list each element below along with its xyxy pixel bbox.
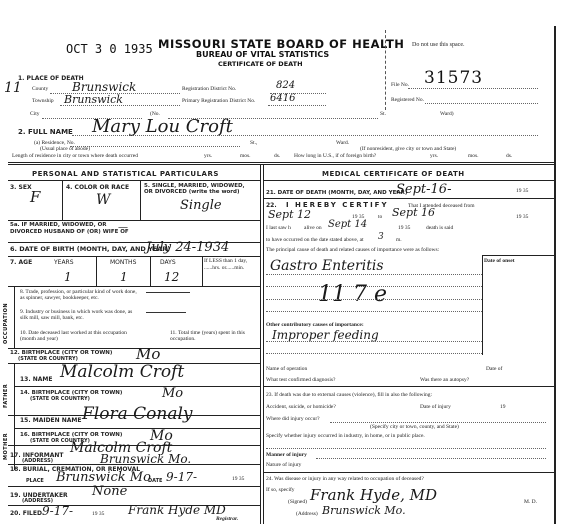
birthplace-value: Mo [136, 345, 160, 363]
registrar-signature: Frank Hyde MD [128, 503, 226, 517]
spouse-label: 5a. IF MARRIED, WIDOWED, OR DIVORCED HUS… [10, 222, 130, 235]
md-label: M. D. [524, 499, 537, 505]
age-label: 7. AGE [10, 259, 32, 266]
father-birthplace-value: Mo [162, 386, 183, 401]
usual-place-note: (Usual place of abode) [40, 146, 90, 152]
mother-side-label: MOTHER [3, 433, 9, 460]
marital-value: Single [180, 198, 222, 213]
occurred-time-value: 3 [378, 232, 384, 242]
section-rule [8, 162, 554, 163]
injury-where-label: Where did injury occur? [266, 416, 320, 422]
form-subtitle: BUREAU OF VITAL STATISTICS [196, 50, 329, 59]
length-residence-label: Length of residence in city or town wher… [12, 153, 138, 159]
race-value: W [96, 192, 110, 208]
onset-label: Date of onset [484, 258, 515, 264]
undertaker-value: None [92, 484, 127, 499]
sex-label: 3. SEX [10, 184, 32, 191]
file-number: 31573 [424, 68, 483, 88]
residence-st-label: St., [250, 140, 257, 146]
signed-label: (Signed) [288, 499, 307, 505]
last-saw-value: Sept 14 [328, 219, 367, 230]
us-mos-label: mos. [468, 153, 479, 159]
father-birthplace-sub: (STATE OR COUNTRY) [30, 396, 90, 402]
burial-place-label: PLACE [26, 478, 44, 484]
total-time-label: 11. Total time (years) spent in this occ… [170, 330, 250, 342]
to-label: to [378, 214, 382, 220]
physician-address-value: Brunswick Mo. [322, 504, 406, 517]
physician-signature: Frank Hyde, MD [310, 486, 437, 504]
full-name-value: Mary Lou Croft [92, 116, 233, 137]
months-label: MONTHS [110, 259, 136, 266]
township-value: Brunswick [64, 93, 123, 106]
last-worked-label: 10. Date deceased last worked at this oc… [20, 330, 130, 342]
father-name-label: 13. NAME [20, 376, 52, 383]
trade-label: 8. Trade, profession, or particular kind… [20, 289, 140, 301]
last-saw-year: 19 35 [398, 225, 410, 231]
page-edge-right [554, 26, 556, 524]
reg-district-value: 824 [276, 80, 295, 91]
office-use-note: Do not use this space. [412, 42, 465, 48]
death-said-label: death is said [426, 225, 453, 231]
county-value: Brunswick [72, 80, 136, 94]
burial-year: 19 35 [232, 476, 244, 482]
manner-label: Manner of injury [266, 452, 307, 458]
physician-address-label: (Address) [296, 511, 318, 517]
registered-no-label: Registered No. [391, 97, 424, 103]
occupation-related-label: 24. Was disease or injury in any way rel… [266, 476, 424, 482]
us-residence-label: How long in U.S., if of foreign birth? [294, 153, 376, 159]
burial-place-value: Brunswick Mo [56, 470, 151, 485]
injury-date-label: Date of injury [420, 404, 451, 410]
received-date-stamp: OCT 3 0 1935 [66, 42, 153, 56]
medical-section-title: MEDICAL CERTIFICATE OF DEATH [322, 170, 465, 178]
operation-label: Name of operation [266, 366, 307, 372]
dob-value: July 24-1934 [146, 240, 229, 255]
specify-place-note: (Specify city or town, county, and State… [370, 424, 459, 430]
county-label: County [32, 86, 48, 92]
residence-ward-label: Ward. [336, 140, 349, 146]
injury-year-prefix: 19 [500, 404, 506, 410]
column-divider [260, 164, 261, 524]
alive-on-label: alive on [304, 225, 322, 231]
attended-from-value: Sept 12 [268, 208, 311, 221]
mother-name-value: Flora Conaly [82, 404, 193, 424]
years-label: YEARS [54, 259, 74, 266]
race-label: 4. COLOR OR RACE [66, 184, 129, 191]
specify-injury-label: Specify whether injury occurred in indus… [266, 433, 425, 439]
cause-code-value: 11 7 e [318, 282, 387, 307]
contributory-value: Improper feeding [272, 328, 379, 342]
operation-date-label: Date of [486, 366, 502, 372]
if-so-label: If so, specify [266, 487, 295, 493]
yrs-label: yrs. [204, 153, 212, 159]
marital-label: 5. SINGLE, MARRIED, WIDOWED, OR DIVORCED… [144, 183, 254, 195]
industry-label: 9. Industry or business in which work wa… [20, 309, 140, 321]
township-label: Township [32, 98, 54, 104]
days-value: 12 [164, 270, 179, 284]
filed-year: 19 35 [92, 511, 104, 517]
days-label: DAYS [160, 259, 176, 266]
external-causes-label: 23. If death was due to external causes … [266, 392, 432, 398]
accident-label: Accident, suicide, or homicide? [266, 404, 336, 410]
header-divider [385, 30, 386, 110]
attended-to-value: Sept 16 [392, 206, 435, 219]
file-no-label: File No. [391, 82, 409, 88]
form-title: MISSOURI STATE BOARD OF HEALTH [158, 37, 404, 51]
spouse-value: — [118, 222, 128, 233]
date-of-death-label: 21. DATE OF DEATH (MONTH, DAY, AND YEAR) [266, 190, 407, 196]
nature-label: Nature of injury [266, 462, 301, 468]
filed-date-value: 9-17- [42, 504, 73, 518]
reg-district-label: Registration District No. [182, 86, 236, 92]
nonresident-note: (If nonresident, give city or town and S… [360, 146, 456, 152]
date-of-death-year: 19 35 [516, 188, 528, 194]
attended-to-year: 19 35 [516, 214, 528, 220]
form-name: CERTIFICATE OF DEATH [218, 60, 303, 68]
full-name-label: 2. FULL NAME [18, 128, 73, 136]
city-label: City [30, 111, 39, 117]
mother-name-label: 15. MAIDEN NAME [20, 417, 82, 424]
registrar-label: Registrar. [216, 516, 238, 522]
burial-date-label: DATE [148, 478, 162, 484]
primary-reg-value: 6416 [270, 93, 295, 104]
filed-label: 20. FILED [10, 510, 42, 517]
mos-label: mos. [240, 153, 251, 159]
months-value: 1 [120, 270, 128, 284]
principal-cause-label: The principal cause of death and related… [266, 247, 439, 253]
personal-section-title: PERSONAL AND STATISTICAL PARTICULARS [32, 170, 219, 178]
diagnosis-label: What test confirmed diagnosis? [266, 377, 336, 383]
us-yrs-label: yrs. [430, 153, 438, 159]
st-label: St. [380, 111, 386, 117]
us-ds-label: ds. [506, 153, 512, 159]
father-side-label: FATHER [3, 384, 9, 408]
ward-label: Ward) [440, 111, 454, 117]
primary-reg-label: Primary Registration District No. [182, 98, 255, 104]
occupation-side-label: OCCUPATION [3, 303, 9, 344]
margin-mark: 11 [4, 80, 22, 96]
ds-label: ds. [274, 153, 280, 159]
m-label: m. [396, 237, 402, 243]
years-value: 1 [64, 270, 72, 284]
last-saw-label: I last saw h [266, 225, 291, 231]
autopsy-label: Was there an autopsy? [420, 377, 469, 383]
cause-primary-value: Gastro Enteritis [270, 258, 384, 274]
father-name-value: Malcolm Croft [60, 362, 184, 382]
occurred-label: to have occurred on the date stated abov… [266, 237, 364, 243]
date-of-death-value: Sept-16- [396, 182, 451, 197]
sex-value: F [30, 188, 40, 206]
less-than-day-label: If LESS than 1 day, ......hrs. or......m… [204, 258, 258, 272]
burial-date-value: 9-17- [166, 470, 197, 484]
